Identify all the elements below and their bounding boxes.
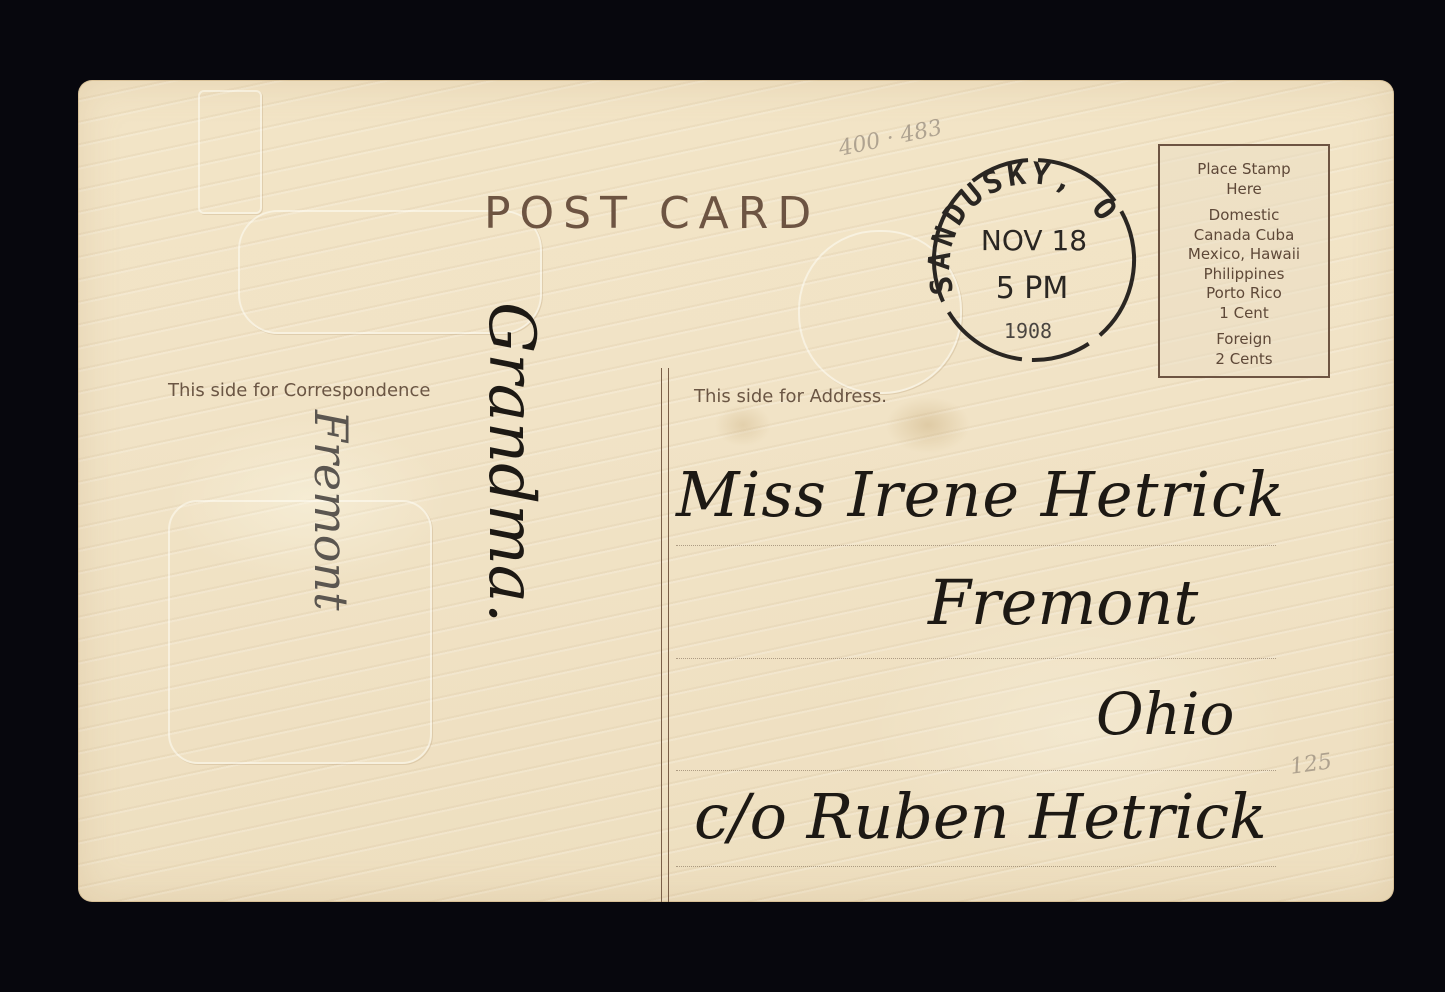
stamp-box-line: Domestic [1160,206,1328,226]
stamp-box-line: Philippines [1160,265,1328,285]
address-line [676,866,1276,867]
address-city: Fremont [928,566,1198,639]
stamp-box-line: Foreign [1160,330,1328,350]
stamp-box-line: Place Stamp [1160,160,1328,180]
stamp-box: Place Stamp Here Domestic Canada Cuba Me… [1158,144,1330,378]
address-state: Ohio [1096,680,1234,748]
address-label: This side for Address. [694,386,887,407]
correspondence-pencil-note: Fremont [304,410,358,611]
emboss-decoration [168,500,432,764]
address-care-of: c/o Ruben Hetrick [694,780,1267,853]
correspondence-label: This side for Correspondence [168,380,430,401]
pencil-mark-right: 125 [1288,749,1333,780]
address-line [676,658,1276,659]
address-line [676,770,1276,771]
stamp-box-line: Porto Rico [1160,284,1328,304]
postmark: SANDUSKY, O NOV 18 5 PM 1908 [914,142,1144,372]
postcard: POST CARD This side for Correspondence T… [78,80,1394,902]
correspondence-signature: Grandma. [474,302,548,623]
stamp-box-line: Mexico, Hawaii [1160,245,1328,265]
address-line [676,545,1276,546]
postmark-date: NOV 18 [981,224,1087,257]
postmark-time: 5 PM [996,271,1069,306]
postmark-year: 1908 [1004,319,1052,343]
stamp-box-line: 2 Cents [1160,350,1328,370]
address-recipient: Miss Irene Hetrick [676,458,1285,531]
emboss-decoration [198,90,262,214]
stamp-box-line: Here [1160,180,1328,200]
postcard-heading: POST CARD [484,188,820,239]
stamp-box-line: 1 Cent [1160,304,1328,324]
divider-line [661,368,669,902]
stamp-box-line: Canada Cuba [1160,226,1328,246]
